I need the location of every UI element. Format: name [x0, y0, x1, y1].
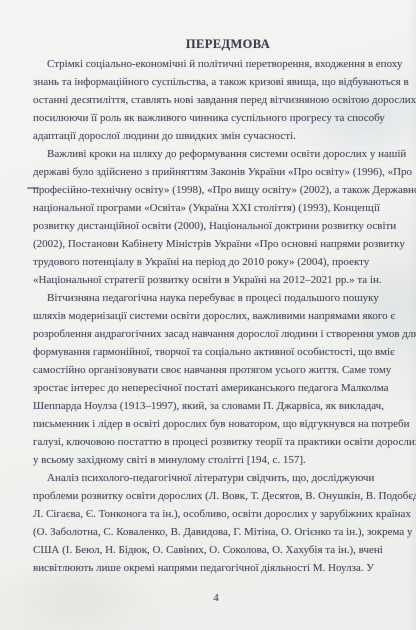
text-line: шляхів модернізації системи освіти дорос…: [33, 307, 416, 325]
text-line: письменник і лідер в освіті дорослих був…: [33, 415, 416, 433]
text-line: (О. Заболотна, С. Коваленко, В. Давидова…: [33, 523, 416, 541]
text-line: розроблення андрагогічних засад навчання…: [33, 325, 416, 343]
chapter-title: ПЕРЕДМОВА: [28, 36, 416, 52]
text-line: Стрімкі соціально-економічні й політичні…: [33, 55, 416, 73]
text-line: проблеми розвитку освіти дорослих (Л. Во…: [33, 487, 416, 505]
scanned-book-page: ПЕРЕДМОВА Стрімкі соціально-економічні й…: [0, 0, 416, 630]
text-line: трудового потенціалу в Україні на період…: [33, 253, 416, 271]
text-line: «Національної стратегії розвитку освіти …: [33, 271, 416, 289]
text-line: адаптації дорослої людини до швидких змі…: [33, 127, 416, 145]
page-body: Стрімкі соціально-економічні й політичні…: [33, 55, 416, 577]
text-line: у всьому західному світі в минулому стол…: [33, 451, 416, 469]
text-line: професійно-технічну освіту» (1998), «Про…: [33, 181, 416, 199]
text-line: Шеппарда Ноулза (1913–1997), який, за сл…: [33, 397, 416, 415]
text-line: посилюючи її роль як важливого чинника с…: [33, 109, 416, 127]
text-line: висвітлюють лише окремі напрями педагогі…: [33, 559, 416, 577]
text-line: національної програми «Освіта» (Україна …: [33, 199, 416, 217]
text-line: Важливі кроки на шляху до реформування с…: [33, 145, 416, 163]
text-line: самостійно організовувати своє навчання …: [33, 361, 416, 379]
text-line: формування гармонійної, творчої та соціа…: [33, 343, 416, 361]
text-line: Аналіз психолого-педагогічної літератури…: [33, 469, 416, 487]
page-number: 4: [0, 590, 416, 606]
text-line: зростає інтерес до непересічної постаті …: [33, 379, 416, 397]
text-line: державі було здійснено з прийняттям Зако…: [33, 163, 416, 181]
text-line: галузі, ключовою постаттю в процесі розв…: [33, 433, 416, 451]
text-line: знань та інформаційного суспільства, а т…: [33, 73, 416, 91]
text-line: останні десятиліття, ставлять нові завда…: [33, 91, 416, 109]
text-line: Л. Сігаєва, Є. Тонконога та ін.), особли…: [33, 505, 416, 523]
text-line: (2002), Постанови Кабінету Міністрів Укр…: [33, 235, 416, 253]
text-line: розвитку дистанційної освіти (2000), Нац…: [33, 217, 416, 235]
text-line: Вітчизняна педагогічна наука перебуває в…: [33, 289, 416, 307]
text-line: США (І. Беюл, Н. Бідюк, О. Савіних, О. С…: [33, 541, 416, 559]
